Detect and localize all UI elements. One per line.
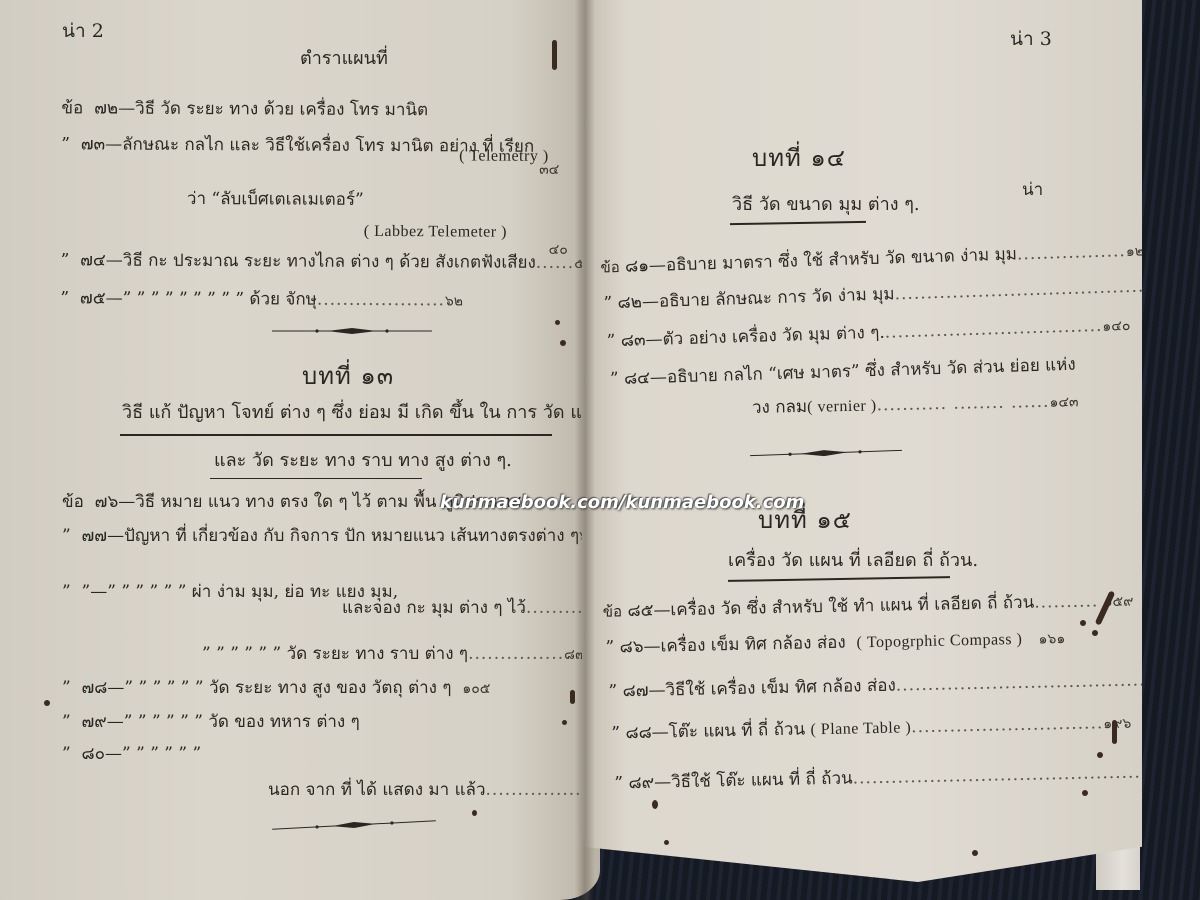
running-head: ตำราแผนที่ <box>300 50 388 68</box>
toc-entry-84: ” ๘๔—อธิบาย กลไก “เศษ มาตร” ซึ่ง สำหรับ … <box>610 357 1076 389</box>
toc-entry-74: ” ๗๔—วิธี กะ ประมาณ ระยะ ทางไกล ต่าง ๆ ด… <box>61 252 596 272</box>
chapter-14-title: วิธี วัด ขนาด มุม ต่าง ๆ. <box>732 196 920 214</box>
toc-entry-72: ข้อ ๗๒—วิธี วัด ระยะ ทาง ด้วย เครื่อง โท… <box>61 100 428 119</box>
ornament-divider-bottom <box>272 816 436 835</box>
right-page: น่า 3 บทที่ ๑๔ น่า วิธี วัด ขนาด มุม ต่า… <box>582 0 1142 882</box>
wormhole <box>1097 752 1103 758</box>
title-underline <box>730 221 866 225</box>
page-number-right: น่า 3 <box>1010 30 1052 49</box>
page-number-left: น่า 2 <box>62 22 104 41</box>
toc-entry-81: ข้อ ๘๑—อธิบาย มาตรา ซึ่ง ใช้ สำหรับ วัด … <box>600 242 1142 276</box>
toc-entry-84-cont: วง กลม( vernier )........... ........ ..… <box>752 393 1079 417</box>
watermark: kunmaebook.com/kunmaebook.com <box>440 492 804 513</box>
toc-entry-75: ” ๗๕—” ” ” ” ” ” ” ” ” ด้วย จักษุ.......… <box>60 290 463 309</box>
wormhole <box>1080 620 1086 626</box>
wormhole <box>1082 790 1088 796</box>
toc-entry-82: ” ๘๒—อธิบาย ลักษณะ การ วัด ง่าม มุม.....… <box>603 277 1142 312</box>
toc-entry-88: ” ๘๘—โต๊ะ แผน ที่ ถี่ ถ้วน ( Plane Table… <box>611 715 1131 743</box>
title-underline <box>120 434 552 436</box>
toc-entry-73-cont: ว่า “ลับเบ็ศเตเลเมเตอร์” <box>187 191 364 209</box>
wormhole <box>1092 630 1098 636</box>
toc-entry-73-latin: ( Labbez Telemeter ) <box>364 224 507 241</box>
toc-entry-83: ” ๘๓—ตัว อย่าง เครื่อง วัด มุม ต่าง ๆ...… <box>606 317 1130 350</box>
title-underline-2 <box>210 478 422 479</box>
book-gutter <box>575 0 595 900</box>
toc-entry-87: ” ๘๗—วิธีใช้ เครื่อง เข็ม ทิศ กล้อง ส่อง… <box>608 671 1142 701</box>
toc-entry-80-cont: นอก จาก ที่ ได้ แสดง มา แล้ว............… <box>268 782 600 799</box>
toc-entry-77c: ” ” ” ” ” ” วัด ระยะ ทาง ราบ ต่าง ๆ.....… <box>202 646 585 663</box>
toc-entry-79: ” ๗๙—” ” ” ” ” ” วัด ของ ทหาร ต่าง ๆ <box>62 714 360 731</box>
ornament-divider <box>750 445 902 460</box>
stain <box>472 810 477 816</box>
toc-entry-85: ข้อ ๘๕—เครื่อง วัด ซึ่ง สำหรับ ใช้ ทำ แผ… <box>603 593 1134 621</box>
stain <box>44 700 50 706</box>
stain <box>562 720 567 725</box>
chapter-13-title-line2: และ วัด ระยะ ทาง ราบ ทาง สูง ต่าง ๆ. <box>214 452 512 470</box>
page-column-label: น่า <box>1022 182 1043 199</box>
stain <box>560 340 566 346</box>
toc-entry-72-page: ๓๔ <box>539 163 559 177</box>
toc-entry-77: ” ๗๗—ปัญหา ที่ เกี่ยวข้อง กับ กิจการ ปัก… <box>62 528 599 545</box>
toc-entry-77b-cont: และจอง กะ มุม ต่าง ๆ ไว้...............๘… <box>342 600 600 617</box>
title-underline <box>728 576 950 582</box>
chapter-14-heading: บทที่ ๑๔ <box>752 146 846 170</box>
wormhole <box>972 850 978 856</box>
stain <box>555 320 560 325</box>
chapter-15-title: เครื่อง วัด แผน ที่ เลอียด ถี่ ถ้วน. <box>728 552 978 570</box>
toc-entry-78: ” ๗๘—” ” ” ” ” ” วัด ระยะ ทาง สูง ของ วั… <box>62 680 490 697</box>
toc-entry-86: ” ๘๖—เครื่อง เข็ม ทิศ กล้อง ส่อง ( Topog… <box>605 630 1065 657</box>
toc-entry-80: ” ๘๐—” ” ” ” ” ” <box>62 746 201 763</box>
left-page: น่า 2 ตำราแผนที่ ข้อ ๗๒—วิธี วัด ระยะ ทา… <box>0 0 600 900</box>
stain <box>552 40 557 70</box>
wormhole <box>652 800 658 809</box>
chapter-13-title-line1: วิธี แก้ ปัญหา โจทย์ ต่าง ๆ ซึ่ง ย่อม มี… <box>122 404 600 422</box>
wormhole <box>664 840 669 845</box>
wormhole <box>1112 720 1117 744</box>
chapter-13-heading: บทที่ ๑๓ <box>302 364 394 388</box>
toc-entry-73: ” ๗๓—ลักษณะ กลไก และ วิธีใช้เครื่อง โทร … <box>61 136 534 155</box>
ornament-divider <box>272 326 432 336</box>
toc-entry-89: ” ๘๙—วิธีใช้ โต๊ะ แผน ที่ ถี่ ถ้วน......… <box>614 763 1142 793</box>
